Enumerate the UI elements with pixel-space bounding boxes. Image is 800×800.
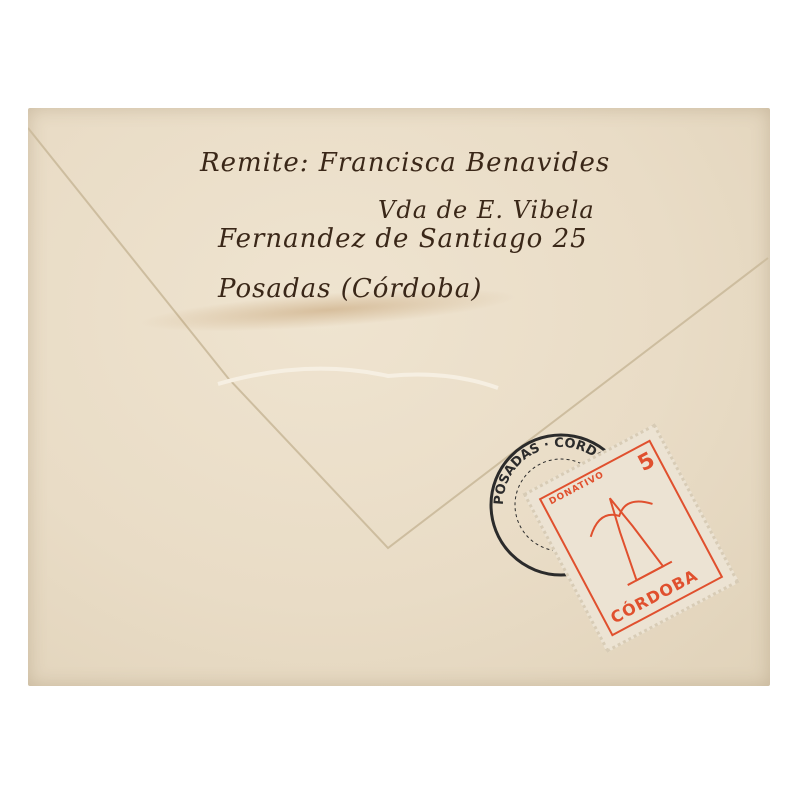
sender-line-1: Remite: Francisca Benavides [200,148,610,178]
sender-line-3: Fernandez de Santiago 25 [218,224,588,254]
sender-line-4: Posadas (Córdoba) [218,274,482,304]
sender-line-2: Vda de E. Vibela [378,196,595,224]
envelope: Remite: Francisca Benavides Vda de E. Vi… [28,108,770,686]
photo-stage: Remite: Francisca Benavides Vda de E. Vi… [0,0,800,800]
